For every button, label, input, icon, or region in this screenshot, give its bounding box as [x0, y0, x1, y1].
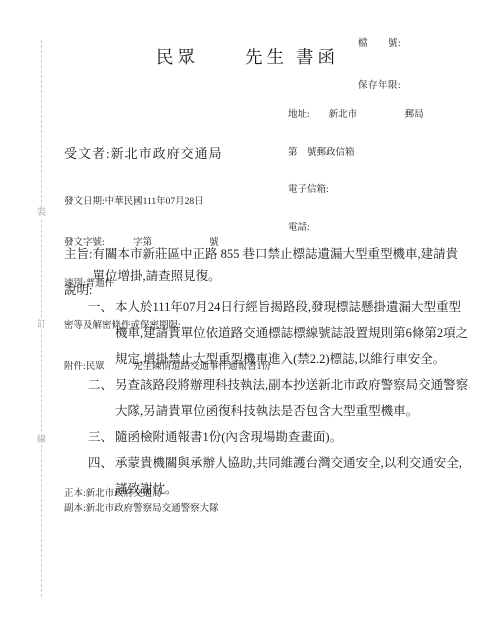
recipient-value: 新北市政府交通局: [111, 146, 223, 161]
recipient-line: 受文者:新北市政府交通局: [64, 143, 223, 162]
description-item-1: 一、 本人於111年07月24日行經旨揭路段,發現標誌懸掛遺漏大型重型機車,建請…: [88, 294, 472, 372]
item-text: 另查該路段將辦理科技執法,副本抄送新北市政府警察局交通警察大隊,另請貴單位函復科…: [115, 372, 472, 424]
subject-text: 有關本市新莊區中正路 855 巷口禁止標誌遺漏大型重型機車,建請貴單位增掛,請查…: [92, 243, 460, 287]
item-number: 一、: [88, 294, 115, 372]
description-item-2: 二、 另查該路段將辦理科技執法,副本抄送新北市政府警察局交通警察大隊,另請貴單位…: [88, 372, 472, 424]
po-box-line: 第 號郵政信箱: [288, 147, 424, 160]
description-item-3: 三、 隨函檢附通報書1份(內含現場勘查畫面)。: [88, 424, 472, 450]
phone-line: 電話:: [288, 222, 424, 235]
binding-mark-xian: 線: [35, 434, 48, 445]
description-items: 一、 本人於111年07月24日行經旨揭路段,發現標誌懸掛遺漏大型重型機車,建請…: [88, 294, 472, 502]
title-recipient-name: 民眾: [156, 47, 199, 67]
official-letter-page: 裝 訂 線 檔 號: 保存年限: 民眾先生書函 地址: 新北市 郵局 第 號郵政…: [0, 0, 495, 640]
binding-mark-ding: 訂: [35, 319, 48, 330]
issue-date-line: 發文日期:中華民國111年07月28日: [64, 196, 271, 210]
title-doc-type: 書函: [296, 47, 339, 67]
sender-address-block: 地址: 新北市 郵局 第 號郵政信箱 電子信箱: 電話:: [288, 84, 424, 259]
document-title: 民眾先生書函: [0, 44, 495, 69]
recipient-label: 受文者:: [64, 146, 111, 161]
address-line: 地址: 新北市 郵局: [288, 109, 424, 122]
email-line: 電子信箱:: [288, 184, 424, 197]
copies-block: 正本:新北市政府交通局 副本:新北市政府警察局交通警察大隊: [64, 487, 219, 517]
item-number: 三、: [88, 424, 115, 450]
binding-mark-zhuang: 裝: [35, 207, 48, 218]
original-copy-line: 正本:新北市政府交通局: [64, 487, 219, 502]
title-honorific: 先生: [245, 47, 288, 67]
subject-block: 主旨: 有關本市新莊區中正路 855 巷口禁止標誌遺漏大型重型機車,建請貴單位增…: [64, 243, 460, 287]
carbon-copy-line: 副本:新北市政府警察局交通警察大隊: [64, 502, 219, 517]
item-text: 本人於111年07月24日行經旨揭路段,發現標誌懸掛遺漏大型重型機車,建請貴單位…: [115, 294, 472, 372]
item-number: 二、: [88, 372, 115, 424]
item-text: 隨函檢附通報書1份(內含現場勘查畫面)。: [115, 424, 472, 450]
